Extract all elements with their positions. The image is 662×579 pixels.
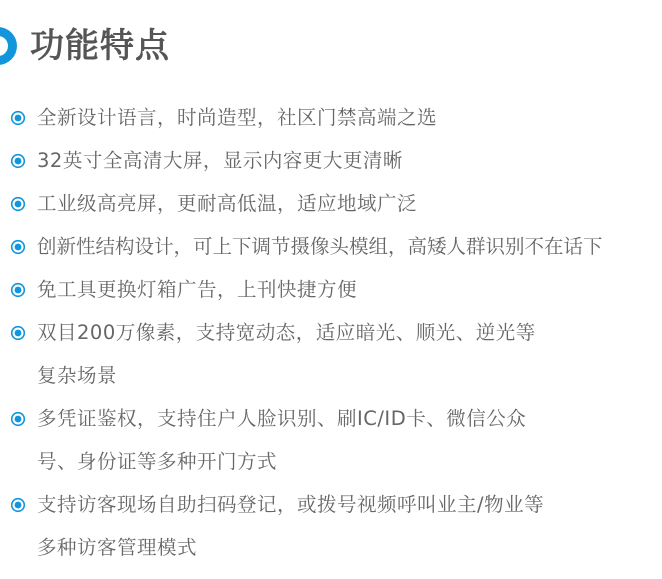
- feature-text: 免工具更换灯箱广告，上刊快捷方便: [37, 268, 660, 311]
- radio-dot-icon: [10, 196, 26, 212]
- section-title: 功能特点: [30, 22, 170, 70]
- feature-text: 多凭证鉴权，支持住户人脸识别、刷IC/ID卡、微信公众号、身份证等多种开门方式: [37, 397, 550, 483]
- feature-text: 支持访客现场自助扫码登记，或拨号视频呼叫业主/物业等多种访客管理模式: [37, 483, 550, 569]
- radio-dot-icon: [10, 239, 26, 255]
- radio-dot-icon: [10, 411, 26, 427]
- section-header: 功能特点: [0, 22, 170, 70]
- feature-item: 32英寸全高清大屏，显示内容更大更清晰: [10, 139, 660, 182]
- feature-list: 全新设计语言，时尚造型，社区门禁高端之选 32英寸全高清大屏，显示内容更大更清晰…: [10, 96, 660, 569]
- feature-item: 多凭证鉴权，支持住户人脸识别、刷IC/ID卡、微信公众号、身份证等多种开门方式: [10, 397, 550, 483]
- feature-text: 32英寸全高清大屏，显示内容更大更清晰: [37, 139, 660, 182]
- radio-dot-icon: [10, 325, 26, 341]
- feature-item: 创新性结构设计，可上下调节摄像头模组，高矮人群识别不在话下: [10, 225, 660, 268]
- feature-text: 创新性结构设计，可上下调节摄像头模组，高矮人群识别不在话下: [37, 225, 660, 268]
- feature-item: 双目200万像素，支持宽动态，适应暗光、顺光、逆光等复杂场景: [10, 311, 550, 397]
- feature-item: 免工具更换灯箱广告，上刊快捷方便: [10, 268, 660, 311]
- radio-dot-icon: [10, 110, 26, 126]
- feature-item: 支持访客现场自助扫码登记，或拨号视频呼叫业主/物业等多种访客管理模式: [10, 483, 550, 569]
- radio-dot-icon: [10, 153, 26, 169]
- radio-dot-icon: [10, 282, 26, 298]
- feature-text: 全新设计语言，时尚造型，社区门禁高端之选: [37, 96, 660, 139]
- feature-text: 双目200万像素，支持宽动态，适应暗光、顺光、逆光等复杂场景: [37, 311, 550, 397]
- feature-item: 全新设计语言，时尚造型，社区门禁高端之选: [10, 96, 660, 139]
- feature-item: 工业级高亮屏，更耐高低温，适应地域广泛: [10, 182, 660, 225]
- half-circle-accent-icon: [0, 27, 18, 65]
- feature-text: 工业级高亮屏，更耐高低温，适应地域广泛: [37, 182, 660, 225]
- radio-dot-icon: [10, 497, 26, 513]
